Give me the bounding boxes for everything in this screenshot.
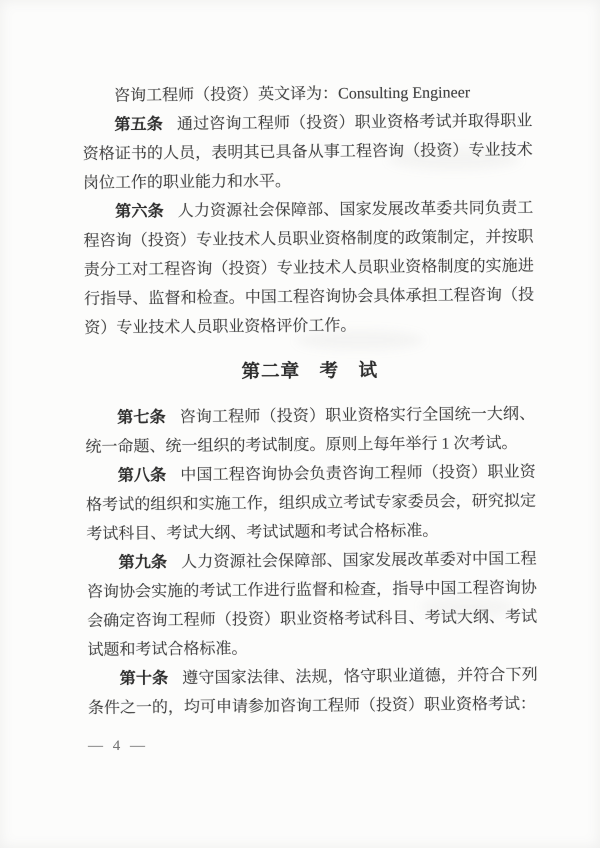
- article-8-number: 第八条: [118, 467, 167, 484]
- article-6-number: 第六条: [115, 203, 164, 220]
- intro-paragraph: 咨询工程师（投资）英文译为：Consulting Engineer: [82, 78, 532, 111]
- article-10-number: 第十条: [120, 670, 169, 687]
- page-number: — 4 —: [88, 738, 148, 755]
- article-5-paragraph: 第五条通过咨询工程师（投资）职业资格考试并取得职业资格证书的人员，表明其已具备从…: [82, 107, 533, 198]
- article-7-paragraph: 第七条咨询工程师（投资）职业资格实行全国统一大纲、统一命题、统一组织的考试制度。…: [85, 400, 536, 462]
- article-7-number: 第七条: [117, 409, 166, 426]
- chapter-heading: 第二章 考 试: [85, 356, 535, 389]
- document-page: 咨询工程师（投资）英文译为：Consulting Engineer 第五条通过咨…: [0, 0, 600, 848]
- article-5-number: 第五条: [114, 116, 163, 133]
- article-8-paragraph: 第八条中国工程咨询协会负责咨询工程师（投资）职业资格考试的组织和实施工作，组织成…: [86, 458, 537, 549]
- article-10-paragraph: 第十条遵守国家法律、法规，恪守职业道德，并符合下列条件之一的，均可申请参加咨询工…: [88, 661, 539, 723]
- article-9-number: 第九条: [119, 554, 168, 571]
- article-6-paragraph: 第六条人力资源社会保障部、国家发展改革委共同负责工程咨询（投资）专业技术人员职业…: [83, 194, 534, 343]
- document-content: 咨询工程师（投资）英文译为：Consulting Engineer 第五条通过咨…: [82, 78, 538, 723]
- article-9-paragraph: 第九条人力资源社会保障部、国家发展改革委对中国工程咨询协会实施的考试工作进行监督…: [86, 545, 537, 665]
